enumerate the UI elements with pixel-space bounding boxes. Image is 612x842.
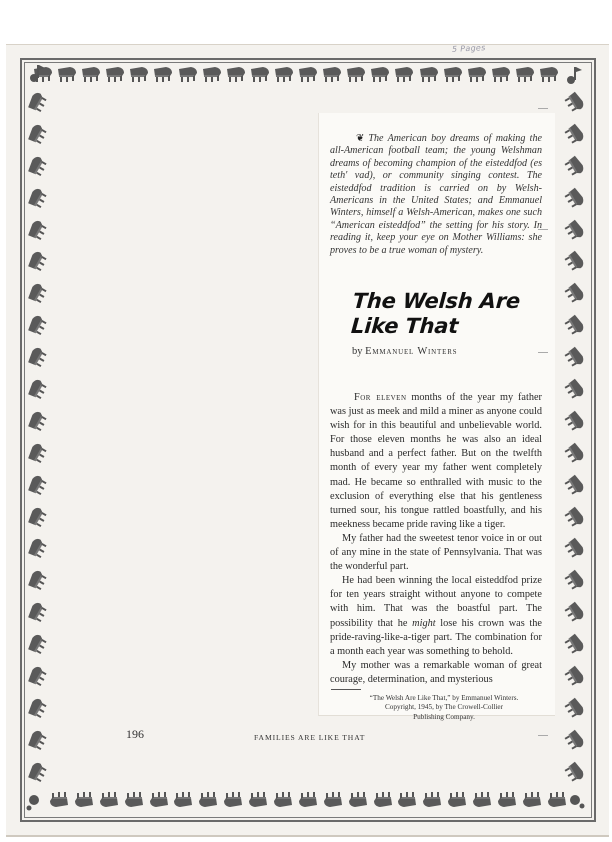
grand-piano-icon xyxy=(23,87,51,116)
story-title: The Welsh Are Like That xyxy=(350,289,543,339)
grand-piano-icon xyxy=(23,534,51,563)
grand-piano-icon xyxy=(561,343,589,372)
grand-piano-icon xyxy=(561,630,589,659)
grand-piano-icon xyxy=(128,64,150,84)
grand-piano-icon xyxy=(561,725,589,754)
grand-piano-icon xyxy=(23,343,51,372)
grand-piano-icon xyxy=(561,247,589,276)
paragraph: My father had the sweetest tenor voice i… xyxy=(330,532,542,574)
grand-piano-icon xyxy=(561,151,589,180)
grand-piano-icon xyxy=(372,790,394,810)
grand-piano-icon xyxy=(345,64,367,84)
intro-text: The American boy dreams of making the al… xyxy=(330,133,542,256)
grand-piano-icon xyxy=(561,119,589,148)
author-name: Emmanuel Winters xyxy=(365,346,457,357)
grand-piano-icon xyxy=(561,693,589,722)
grand-piano-icon xyxy=(297,64,319,84)
grand-piano-icon xyxy=(514,64,536,84)
border-bottom xyxy=(48,788,568,812)
grand-piano-icon xyxy=(561,662,589,691)
grand-piano-icon xyxy=(172,790,194,810)
grand-piano-icon xyxy=(496,790,518,810)
grand-piano-icon xyxy=(73,790,95,810)
grand-piano-icon xyxy=(48,790,70,810)
grand-piano-icon xyxy=(23,630,51,659)
grand-piano-icon xyxy=(23,151,51,180)
grand-piano-icon xyxy=(23,183,51,212)
grand-piano-icon xyxy=(297,790,319,810)
grand-piano-icon xyxy=(23,693,51,722)
grand-piano-icon xyxy=(396,790,418,810)
grand-piano-icon xyxy=(521,790,543,810)
grand-piano-icon xyxy=(222,790,244,810)
grand-piano-icon xyxy=(23,311,51,340)
story-body: For eleven months of the year my father … xyxy=(330,391,542,687)
grand-piano-icon xyxy=(23,279,51,308)
grand-piano-icon xyxy=(56,64,78,84)
grand-piano-icon xyxy=(247,790,269,810)
grand-piano-icon xyxy=(23,374,51,403)
grand-piano-icon xyxy=(393,64,415,84)
grand-piano-icon xyxy=(23,566,51,595)
grand-piano-icon xyxy=(23,406,51,435)
scan-mark xyxy=(538,229,548,230)
footnote-rule xyxy=(331,689,361,690)
border-right xyxy=(562,92,588,782)
grand-piano-icon xyxy=(561,374,589,403)
grand-piano-icon xyxy=(23,662,51,691)
scan-mark xyxy=(538,108,548,109)
grand-piano-icon xyxy=(561,566,589,595)
fleuron-icon: ❦ xyxy=(356,133,364,144)
grand-piano-icon xyxy=(197,790,219,810)
paragraph: For eleven months of the year my father … xyxy=(330,391,542,532)
grand-piano-icon xyxy=(561,534,589,563)
grand-piano-icon xyxy=(561,215,589,244)
grand-piano-icon xyxy=(561,438,589,467)
grand-piano-icon xyxy=(561,183,589,212)
grand-piano-icon xyxy=(466,64,488,84)
music-note-icon xyxy=(563,64,585,86)
music-note-icon xyxy=(565,790,587,812)
grand-piano-icon xyxy=(321,64,343,84)
scan-mark xyxy=(538,352,548,353)
grand-piano-icon xyxy=(23,725,51,754)
grand-piano-icon xyxy=(123,790,145,810)
handwritten-note: 5 Pages xyxy=(452,43,486,54)
grand-piano-icon xyxy=(561,757,589,786)
grand-piano-icon xyxy=(446,790,468,810)
grand-piano-icon xyxy=(249,64,271,84)
byline: by Emmanuel Winters xyxy=(352,346,457,357)
paragraph: My mother was a remarkable woman of grea… xyxy=(330,659,542,687)
grand-piano-icon xyxy=(177,64,199,84)
border-top xyxy=(32,62,560,86)
grand-piano-icon xyxy=(322,790,344,810)
grand-piano-icon xyxy=(23,598,51,627)
grand-piano-icon xyxy=(442,64,464,84)
grand-piano-icon xyxy=(23,470,51,499)
grand-piano-icon xyxy=(152,64,174,84)
grand-piano-icon xyxy=(80,64,102,84)
music-note-icon xyxy=(26,62,48,84)
grand-piano-icon xyxy=(421,790,443,810)
grand-piano-icon xyxy=(104,64,126,84)
scan-mark xyxy=(538,735,548,736)
grand-piano-icon xyxy=(23,438,51,467)
running-head: FAMILIES ARE LIKE THAT xyxy=(254,733,365,742)
grand-piano-icon xyxy=(272,790,294,810)
page-number: 196 xyxy=(126,727,144,742)
paragraph: He had been winning the local eisteddfod… xyxy=(330,574,542,659)
grand-piano-icon xyxy=(148,790,170,810)
grand-piano-icon xyxy=(561,279,589,308)
grand-piano-icon xyxy=(561,502,589,531)
grand-piano-icon xyxy=(369,64,391,84)
grand-piano-icon xyxy=(23,757,51,786)
grand-piano-icon xyxy=(23,502,51,531)
grand-piano-icon xyxy=(98,790,120,810)
grand-piano-icon xyxy=(23,215,51,244)
grand-piano-icon xyxy=(538,64,560,84)
grand-piano-icon xyxy=(225,64,247,84)
grand-piano-icon xyxy=(561,406,589,435)
grand-piano-icon xyxy=(561,598,589,627)
music-note-icon xyxy=(24,790,46,812)
grand-piano-icon xyxy=(561,311,589,340)
grand-piano-icon xyxy=(561,87,589,116)
intro-paragraph: ❦The American boy dreams of making the a… xyxy=(330,133,542,257)
grand-piano-icon xyxy=(418,64,440,84)
grand-piano-icon xyxy=(561,470,589,499)
grand-piano-icon xyxy=(490,64,512,84)
grand-piano-icon xyxy=(23,119,51,148)
copyright-footnote: “The Welsh Are Like That,” by Emmanuel W… xyxy=(344,694,544,722)
border-left xyxy=(24,92,50,782)
grand-piano-icon xyxy=(347,790,369,810)
grand-piano-icon xyxy=(23,247,51,276)
grand-piano-icon xyxy=(201,64,223,84)
grand-piano-icon xyxy=(273,64,295,84)
grand-piano-icon xyxy=(471,790,493,810)
